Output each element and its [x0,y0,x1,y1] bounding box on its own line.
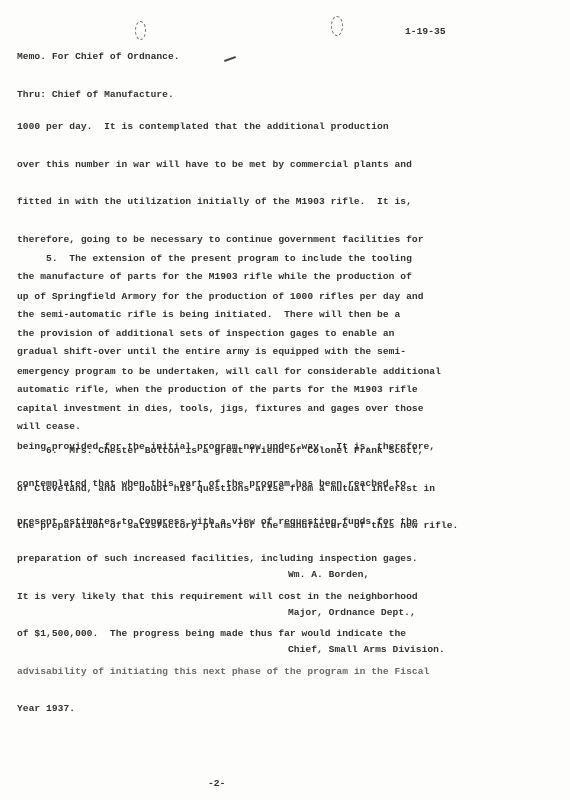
text-line: Year 1937. [17,703,441,716]
punch-hole-mark [331,16,343,36]
pen-mark [224,56,236,62]
memo-page: Memo. For Chief of Ordnance. Thru: Chief… [0,0,570,800]
text-line: the provision of additional sets of insp… [17,328,441,341]
text-line: 1000 per day. It is contemplated that th… [17,121,424,134]
page-number: -2- [208,778,225,791]
text-line: 5. The extension of the present program … [17,253,441,266]
signature-block: Wm. A. Borden, Major, Ordnance Dept., Ch… [288,544,445,682]
signer-rank: Major, Ordnance Dept., [288,607,445,620]
text-line: over this number in war will have to be … [17,159,424,172]
text-line: of Cleveland, and no doubt his questions… [17,483,458,496]
memo-date: 1-19-35 [405,26,446,39]
text-line: fitted in with the utilization initially… [17,196,424,209]
signer-title: Chief, Small Arms Division. [288,644,445,657]
text-line: emergency program to be undertaken, will… [17,366,441,379]
signer-name: Wm. A. Borden, [288,569,445,582]
text-line: up of Springfield Armory for the product… [17,291,441,304]
text-line: the preparation of satisfactory plans fo… [17,520,458,533]
paragraph-6: 6. Mrs. Chester Bolton is a great friend… [17,420,458,558]
punch-hole-mark [135,21,146,40]
memo-addressee: Memo. For Chief of Ordnance. [17,51,180,64]
text-line: 6. Mrs. Chester Bolton is a great friend… [17,445,458,458]
text-line: capital investment in dies, tools, jigs,… [17,403,441,416]
